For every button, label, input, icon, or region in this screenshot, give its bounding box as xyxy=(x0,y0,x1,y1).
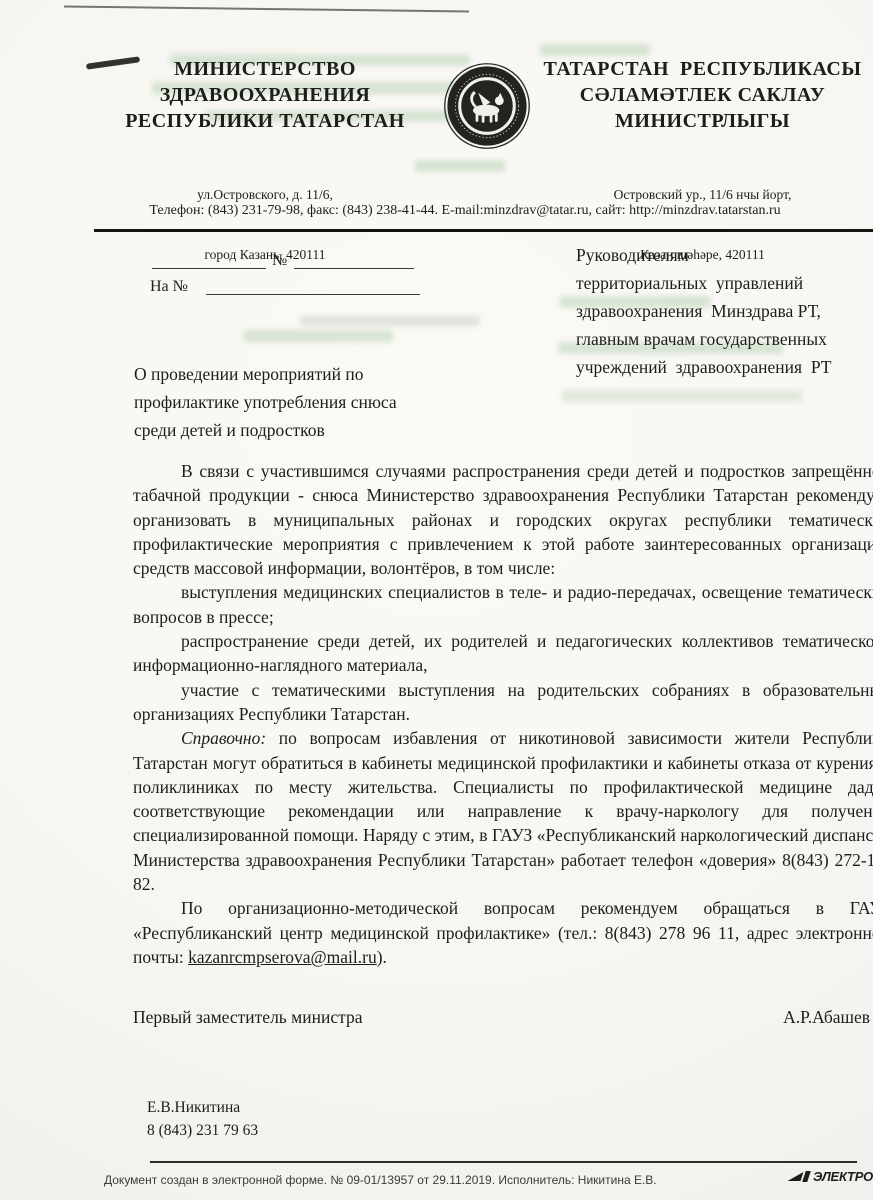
body-paragraph-5: Справочно: по вопросам избавления от ник… xyxy=(133,726,873,896)
ministry-name-tat-line: СӘЛАМӘТЛЕК САКЛАУ xyxy=(530,82,873,108)
recipient-line: главным врачам государственных xyxy=(576,325,873,353)
reference-note-text: по вопросам избавления от никотиновой за… xyxy=(133,728,873,894)
coat-of-arms-icon xyxy=(443,62,531,150)
body-paragraph-1: В связи с участившимся случаями распрост… xyxy=(133,459,873,580)
scanned-letter-page: МИНИСТЕРСТВО ЗДРАВООХРАНЕНИЯ РЕСПУБЛИКИ … xyxy=(0,0,873,1200)
electron-logo: ЭЛЕКТРОНН xyxy=(789,1169,873,1184)
ministry-name-ru-line: РЕСПУБЛИКИ ТАТАРСТАН xyxy=(80,108,450,134)
contact-info-line: Телефон: (843) 231-79-98, факс: (843) 23… xyxy=(70,203,860,219)
executor-name: Е.В.Никитина xyxy=(147,1096,258,1119)
letterhead-rule xyxy=(94,229,873,232)
ministry-name-ru-line: МИНИСТЕРСТВО xyxy=(80,56,450,82)
scan-ghost-text xyxy=(562,390,802,402)
body-paragraph-3: распространение среди детей, их родителе… xyxy=(133,629,873,678)
footer-rule xyxy=(150,1161,857,1163)
scan-ghost-text xyxy=(243,330,393,342)
address-line: Островский ур., 11/6 нчы йорт, xyxy=(530,185,873,205)
electron-logo-icon xyxy=(802,1171,811,1182)
reference-note-lead: Справочно: xyxy=(181,728,266,748)
recipient-line: учреждений здравоохранения РТ xyxy=(576,353,873,381)
letter-body: В связи с участившимся случаями распрост… xyxy=(133,459,873,969)
scan-ghost-text xyxy=(540,44,650,56)
ref-number-sign: № xyxy=(272,252,287,270)
org-method-text-end: ). xyxy=(377,947,387,967)
signature-title: Первый заместитель министра xyxy=(133,1007,362,1028)
body-paragraph-2: выступления медицинских специалистов в т… xyxy=(133,580,873,629)
recipient-line: здравоохранения Минздрава РТ, xyxy=(576,297,873,325)
ref-on-number-blank xyxy=(206,276,420,295)
scan-ghost-smudge xyxy=(300,316,480,326)
ref-on-number-label: На № xyxy=(150,278,188,296)
emblem-container xyxy=(443,62,531,155)
footer-note: Документ создан в электронной форме. № 0… xyxy=(104,1173,657,1187)
executor-phone: 8 (843) 231 79 63 xyxy=(147,1119,258,1142)
email-text: kazanrcmpserova@mail.ru xyxy=(188,947,377,967)
recipient-line: Руководителям xyxy=(576,241,873,269)
body-paragraph-4: участие с тематическими выступления на р… xyxy=(133,678,873,727)
recipient-block: Руководителям территориальных управлений… xyxy=(576,241,873,381)
electron-logo-icon xyxy=(788,1172,804,1181)
body-paragraph-6: По организационно-методической вопросам … xyxy=(133,896,873,969)
ministry-name-tat-line: МИНИСТРЛЫГЫ xyxy=(530,108,873,134)
ref-number-blank-right xyxy=(294,250,414,269)
recipient-line: территориальных управлений xyxy=(576,269,873,297)
electron-logo-text: ЭЛЕКТРОНН xyxy=(813,1169,873,1184)
ministry-name-ru-line: ЗДРАВООХРАНЕНИЯ xyxy=(80,82,450,108)
scan-mark-line xyxy=(64,6,469,13)
signature-row: Первый заместитель министра А.Р.Абашев xyxy=(133,1007,870,1028)
signature-name: А.Р.Абашев xyxy=(783,1007,870,1028)
executor-block: Е.В.Никитина 8 (843) 231 79 63 xyxy=(147,1096,258,1142)
ref-number-blank-left xyxy=(152,250,266,269)
subject-block: О проведении мероприятий по профилактике… xyxy=(134,360,434,444)
ministry-name-tat-line: ТАТАРСТАН РЕСПУБЛИКАСЫ xyxy=(530,56,873,82)
address-line: ул.Островского, д. 11/6, xyxy=(80,185,450,205)
